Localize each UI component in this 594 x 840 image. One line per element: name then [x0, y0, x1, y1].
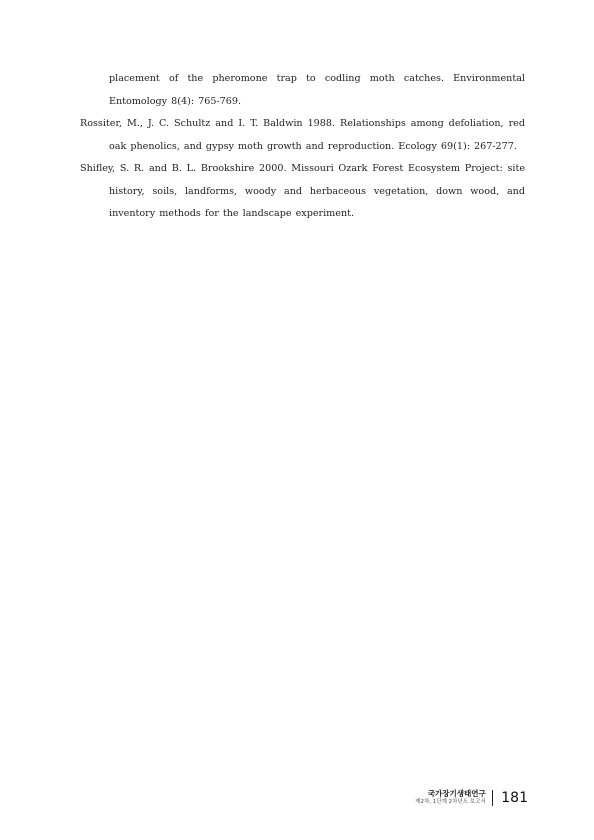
- page-number: 181: [501, 790, 528, 806]
- reference-list: placement of the pheromone trap to codli…: [80, 68, 525, 226]
- report-subtitle: 제2차, 1단계 2차년도 보고서: [415, 798, 486, 806]
- report-title: 국가장기생태연구: [415, 789, 486, 798]
- reference-entry: Shifley, S. R. and B. L. Brookshire 2000…: [80, 158, 525, 226]
- reference-continuation: placement of the pheromone trap to codli…: [80, 68, 525, 113]
- footer-divider: [492, 790, 494, 806]
- page-footer: 국가장기생태연구 제2차, 1단계 2차년도 보고서 181: [415, 789, 528, 806]
- reference-entry: Rossiter, M., J. C. Schultz and I. T. Ba…: [80, 113, 525, 158]
- footer-text: 국가장기생태연구 제2차, 1단계 2차년도 보고서: [415, 789, 486, 806]
